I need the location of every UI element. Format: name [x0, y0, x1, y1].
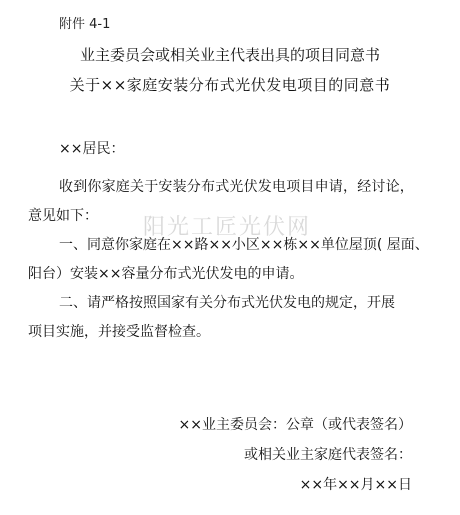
document-subtitle: 关于××家庭安装分布式光伏发电项目的同意书: [0, 76, 460, 94]
paragraph-3-line-2: 项目实施，并接受监督检查。: [28, 323, 210, 341]
paragraph-1-line-1: 收到你家庭关于安装分布式光伏发电项目申请，经讨论，: [59, 178, 414, 196]
attachment-label: 附件 4-1: [59, 16, 110, 34]
paragraph-1-line-2: 意见如下：: [28, 207, 98, 225]
signature-committee: ××业主委员会：公章（或代表签名）: [179, 416, 412, 434]
salutation: ××居民：: [59, 140, 124, 158]
paragraph-3-line-1: 二、请严格按照国家有关分布式光伏发电的规定，开展: [59, 294, 395, 312]
paragraph-2-line-1: 一、同意你家庭在××路××小区××栋××单位屋顶( 屋面、: [59, 236, 429, 254]
paragraph-2-line-2: 阳台）安装××容量分布式光伏发电的申请。: [28, 265, 303, 283]
signature-date: ××年××月××日: [300, 476, 412, 494]
document-title: 业主委员会或相关业主代表出具的项目同意书: [0, 46, 460, 64]
signature-representative: 或相关业主家庭代表签名：: [244, 446, 412, 464]
